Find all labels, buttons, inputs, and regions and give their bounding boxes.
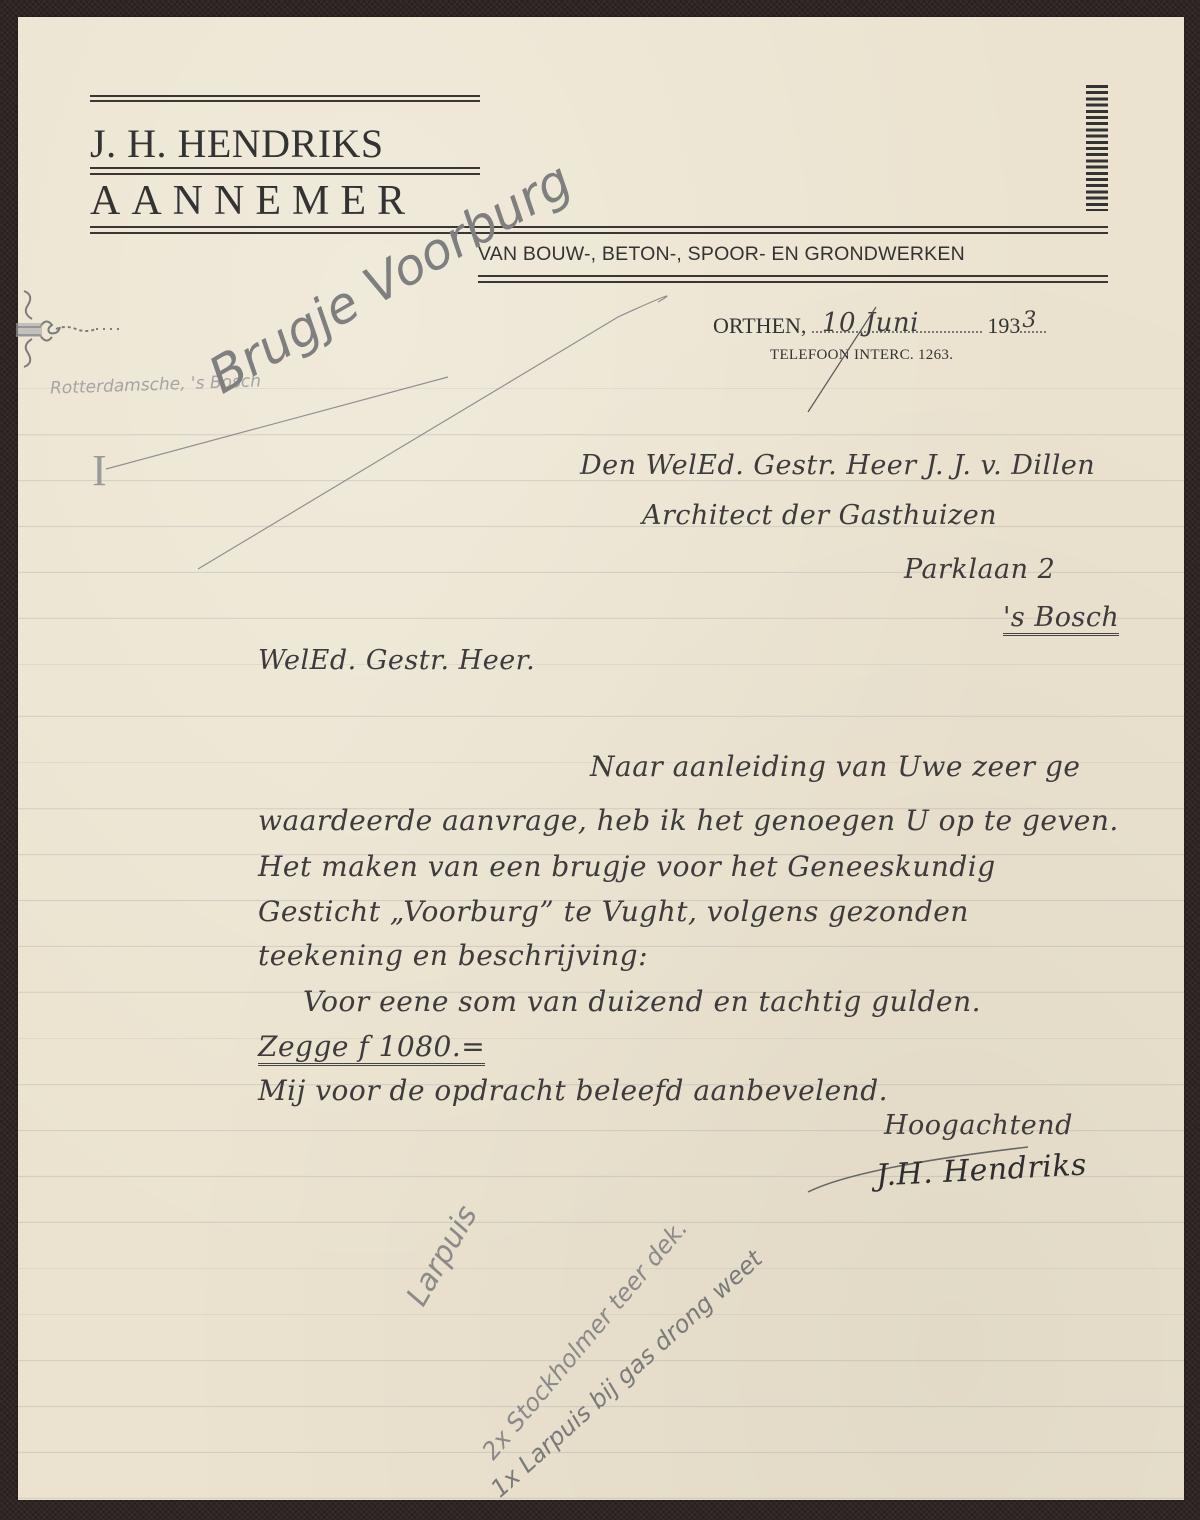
- letter-sheet: J. H. HENDRIKS AANNEMER VAN BOUW-, BETON…: [18, 17, 1184, 1500]
- date-year-printed: 193: [987, 313, 1020, 338]
- body-line-6: Voor eene som van duizend en tachtig gul…: [303, 985, 981, 1018]
- salutation: WelEd. Gestr. Heer.: [258, 645, 535, 676]
- letterhead-rule: [90, 232, 1108, 234]
- letterhead-rule: [478, 275, 1108, 277]
- closing: Hoogachtend: [884, 1110, 1073, 1141]
- date-handwritten: 10 Juni: [822, 308, 919, 338]
- company-profession: AANNEMER: [90, 180, 490, 222]
- letterhead-rule: [90, 226, 1108, 228]
- addressee-line-4: 's Bosch: [1003, 602, 1119, 636]
- body-line-2: waardeerde aanvrage, heb ik het genoegen…: [258, 804, 1119, 837]
- addressee-line-1: Den WelEd. Gestr. Heer J. J. v. Dillen: [580, 450, 1095, 481]
- company-trades: VAN BOUW-, BETON-, SPOOR- EN GRONDWERKEN: [478, 243, 965, 266]
- body-line-3: Het maken van een brugje voor het Genees…: [258, 850, 996, 883]
- addressee-line-2: Architect der Gasthuizen: [642, 500, 997, 531]
- striped-block-ornament: [1086, 85, 1108, 211]
- letterhead-rule: [90, 173, 480, 175]
- date-field: 10 Juni: [812, 330, 982, 333]
- body-line-4: Gesticht „Voorburg” te Vught, volgens ge…: [258, 895, 969, 928]
- margin-ornament-icon: [16, 289, 126, 369]
- date-place: ORTHEN,: [713, 313, 806, 338]
- letterhead-rule: [478, 281, 1108, 283]
- year-field: 3: [1020, 330, 1046, 333]
- addressee-line-3: Parklaan 2: [904, 554, 1055, 585]
- telephone: TELEFOON INTERC. 1263.: [770, 347, 953, 364]
- amount-line: Zegge f 1080.=: [258, 1030, 485, 1066]
- letterhead-rule: [90, 100, 480, 102]
- body-line-8: Mij voor de opdracht beleefd aanbevelend…: [258, 1074, 888, 1107]
- pencil-roman-numeral: I: [92, 445, 107, 496]
- letterhead-rule: [90, 167, 480, 169]
- body-line-5: teekening en beschrijving:: [258, 939, 648, 972]
- company-name: J. H. HENDRIKS: [90, 124, 480, 164]
- dateline: ORTHEN, 10 Juni 1933: [713, 313, 1046, 339]
- date-year-handwritten: 3: [1022, 308, 1037, 333]
- body-line-1: Naar aanleiding van Uwe zeer ge: [590, 750, 1080, 783]
- letterhead-rule: [90, 95, 480, 97]
